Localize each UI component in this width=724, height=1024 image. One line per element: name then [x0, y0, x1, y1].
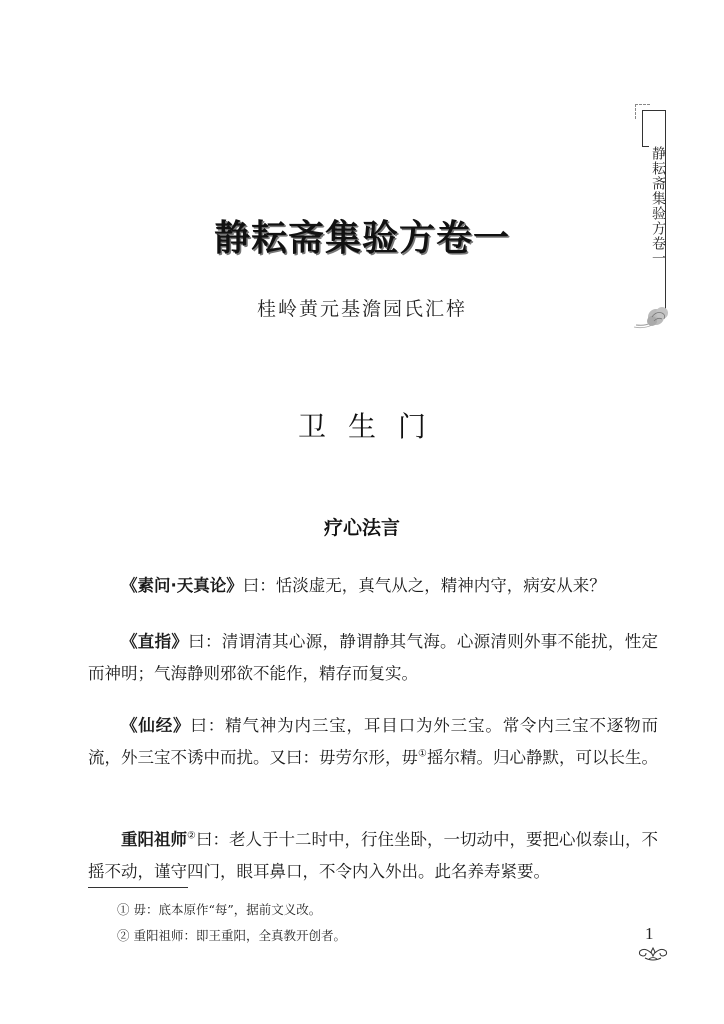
footnote-marker-2[interactable]: ②: [187, 831, 196, 842]
paragraph-zhizhi: 《直指》曰：清谓清其心源，静谓静其气海。心源清则外事不能扰，性定而神明；气海静则…: [88, 626, 658, 690]
section-title: 卫生门: [0, 405, 724, 445]
paragraph-chongyang: 重阳祖师②曰：老人于十二时中，行住坐卧，一切动中，要把心似泰山，不摇不动，谨守四…: [88, 824, 658, 888]
footnote-2: ② 重阳祖师：即王重阳，全真教开创者。: [117, 926, 346, 944]
paragraph-suwen: 《素问·天真论》曰：恬淡虚无，真气从之，精神内守，病安从来？: [88, 570, 658, 602]
volume-title: 静耘斋集验方卷一: [0, 210, 724, 261]
footnote-marker: ①: [117, 902, 130, 917]
paragraph-text-continued: 摇尔精。归心静默，可以长生。: [427, 748, 658, 767]
paragraph-text: 曰：恬淡虚无，真气从之，精神内守，病安从来？: [243, 576, 606, 595]
footnote-text: 重阳祖师：即王重阳，全真教开创者。: [134, 928, 347, 943]
source-title: 《直指》: [121, 632, 188, 651]
footnote-text: 毋：底本原作“每”，据前文义改。: [134, 902, 322, 917]
footnote-marker: ②: [117, 928, 130, 943]
page-number: 1: [645, 924, 654, 944]
source-title: 重阳祖师: [121, 830, 187, 849]
paragraph-xianjing: 《仙经》曰：精气神为内三宝，耳目口为外三宝。常令内三宝不逐物而流，外三宝不诱中而…: [88, 710, 658, 774]
footnote-1: ① 毋：底本原作“每”，据前文义改。: [117, 900, 321, 918]
source-title: 《仙经》: [121, 716, 190, 735]
floral-ornament-icon: [637, 945, 669, 963]
footnote-marker-1[interactable]: ①: [418, 749, 427, 760]
footnote-divider: [88, 887, 188, 888]
source-title: 《素问·天真论》: [121, 576, 243, 595]
subsection-title: 疗心法言: [0, 513, 724, 540]
compiler-line: 桂岭黄元基澹园氏汇梓: [0, 294, 724, 321]
side-header-frame-inner: [642, 110, 649, 147]
